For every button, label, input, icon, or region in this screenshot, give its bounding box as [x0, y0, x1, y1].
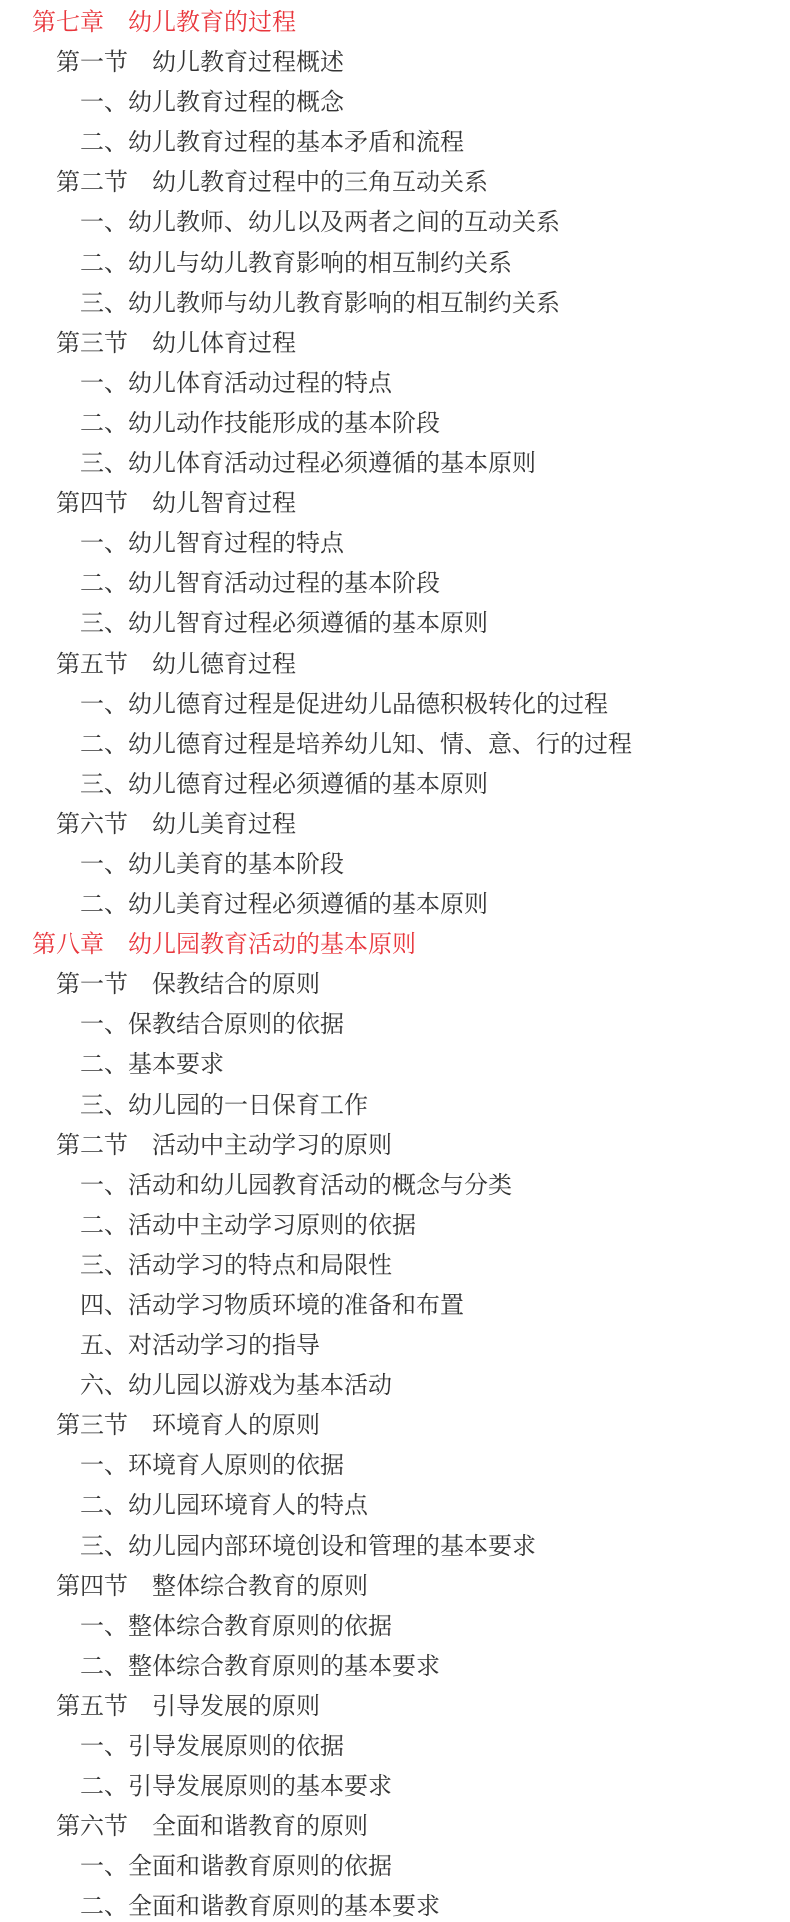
- toc-item: 三、幼儿园的一日保育工作: [0, 1085, 790, 1125]
- toc-item: 一、幼儿智育过程的特点: [0, 523, 790, 563]
- toc-item: 二、基本要求: [0, 1044, 790, 1084]
- toc-item: 三、幼儿教师与幼儿教育影响的相互制约关系: [0, 283, 790, 323]
- toc-item: 三、幼儿体育活动过程必须遵循的基本原则: [0, 443, 790, 483]
- toc-section: 第二节 幼儿教育过程中的三角互动关系: [0, 162, 790, 202]
- toc-chapter: 第七章 幼儿教育的过程: [0, 2, 790, 42]
- toc-item: 一、活动和幼儿园教育活动的概念与分类: [0, 1165, 790, 1205]
- table-of-contents: 第七章 幼儿教育的过程第一节 幼儿教育过程概述一、幼儿教育过程的概念二、幼儿教育…: [0, 0, 790, 1922]
- toc-item: 二、幼儿智育活动过程的基本阶段: [0, 563, 790, 603]
- toc-item: 三、幼儿德育过程必须遵循的基本原则: [0, 764, 790, 804]
- toc-item: 二、幼儿动作技能形成的基本阶段: [0, 403, 790, 443]
- toc-item: 二、活动中主动学习原则的依据: [0, 1205, 790, 1245]
- toc-item: 一、幼儿美育的基本阶段: [0, 844, 790, 884]
- toc-section: 第三节 环境育人的原则: [0, 1405, 790, 1445]
- toc-chapter: 第八章 幼儿园教育活动的基本原则: [0, 924, 790, 964]
- toc-section: 第六节 幼儿美育过程: [0, 804, 790, 844]
- toc-item: 一、幼儿教育过程的概念: [0, 82, 790, 122]
- toc-section: 第四节 整体综合教育的原则: [0, 1566, 790, 1606]
- toc-item: 一、幼儿教师、幼儿以及两者之间的互动关系: [0, 202, 790, 242]
- toc-section: 第五节 引导发展的原则: [0, 1686, 790, 1726]
- toc-item: 三、幼儿智育过程必须遵循的基本原则: [0, 603, 790, 643]
- toc-item: 一、全面和谐教育原则的依据: [0, 1846, 790, 1886]
- toc-section: 第一节 幼儿教育过程概述: [0, 42, 790, 82]
- toc-item: 二、幼儿与幼儿教育影响的相互制约关系: [0, 243, 790, 283]
- toc-item: 二、引导发展原则的基本要求: [0, 1766, 790, 1806]
- toc-item: 一、环境育人原则的依据: [0, 1445, 790, 1485]
- toc-item: 一、整体综合教育原则的依据: [0, 1606, 790, 1646]
- toc-section: 第五节 幼儿德育过程: [0, 644, 790, 684]
- toc-item: 二、全面和谐教育原则的基本要求: [0, 1886, 790, 1922]
- toc-section: 第三节 幼儿体育过程: [0, 323, 790, 363]
- toc-item: 二、整体综合教育原则的基本要求: [0, 1646, 790, 1686]
- toc-item: 五、对活动学习的指导: [0, 1325, 790, 1365]
- toc-item: 一、幼儿德育过程是促进幼儿品德积极转化的过程: [0, 684, 790, 724]
- toc-item: 六、幼儿园以游戏为基本活动: [0, 1365, 790, 1405]
- toc-item: 二、幼儿教育过程的基本矛盾和流程: [0, 122, 790, 162]
- toc-item: 二、幼儿美育过程必须遵循的基本原则: [0, 884, 790, 924]
- toc-section: 第六节 全面和谐教育的原则: [0, 1806, 790, 1846]
- toc-item: 一、保教结合原则的依据: [0, 1004, 790, 1044]
- toc-item: 二、幼儿德育过程是培养幼儿知、情、意、行的过程: [0, 724, 790, 764]
- toc-item: 三、幼儿园内部环境创设和管理的基本要求: [0, 1526, 790, 1566]
- toc-item: 一、引导发展原则的依据: [0, 1726, 790, 1766]
- toc-section: 第四节 幼儿智育过程: [0, 483, 790, 523]
- toc-item: 四、活动学习物质环境的准备和布置: [0, 1285, 790, 1325]
- toc-section: 第一节 保教结合的原则: [0, 964, 790, 1004]
- toc-item: 三、活动学习的特点和局限性: [0, 1245, 790, 1285]
- toc-section: 第二节 活动中主动学习的原则: [0, 1125, 790, 1165]
- toc-item: 一、幼儿体育活动过程的特点: [0, 363, 790, 403]
- toc-item: 二、幼儿园环境育人的特点: [0, 1485, 790, 1525]
